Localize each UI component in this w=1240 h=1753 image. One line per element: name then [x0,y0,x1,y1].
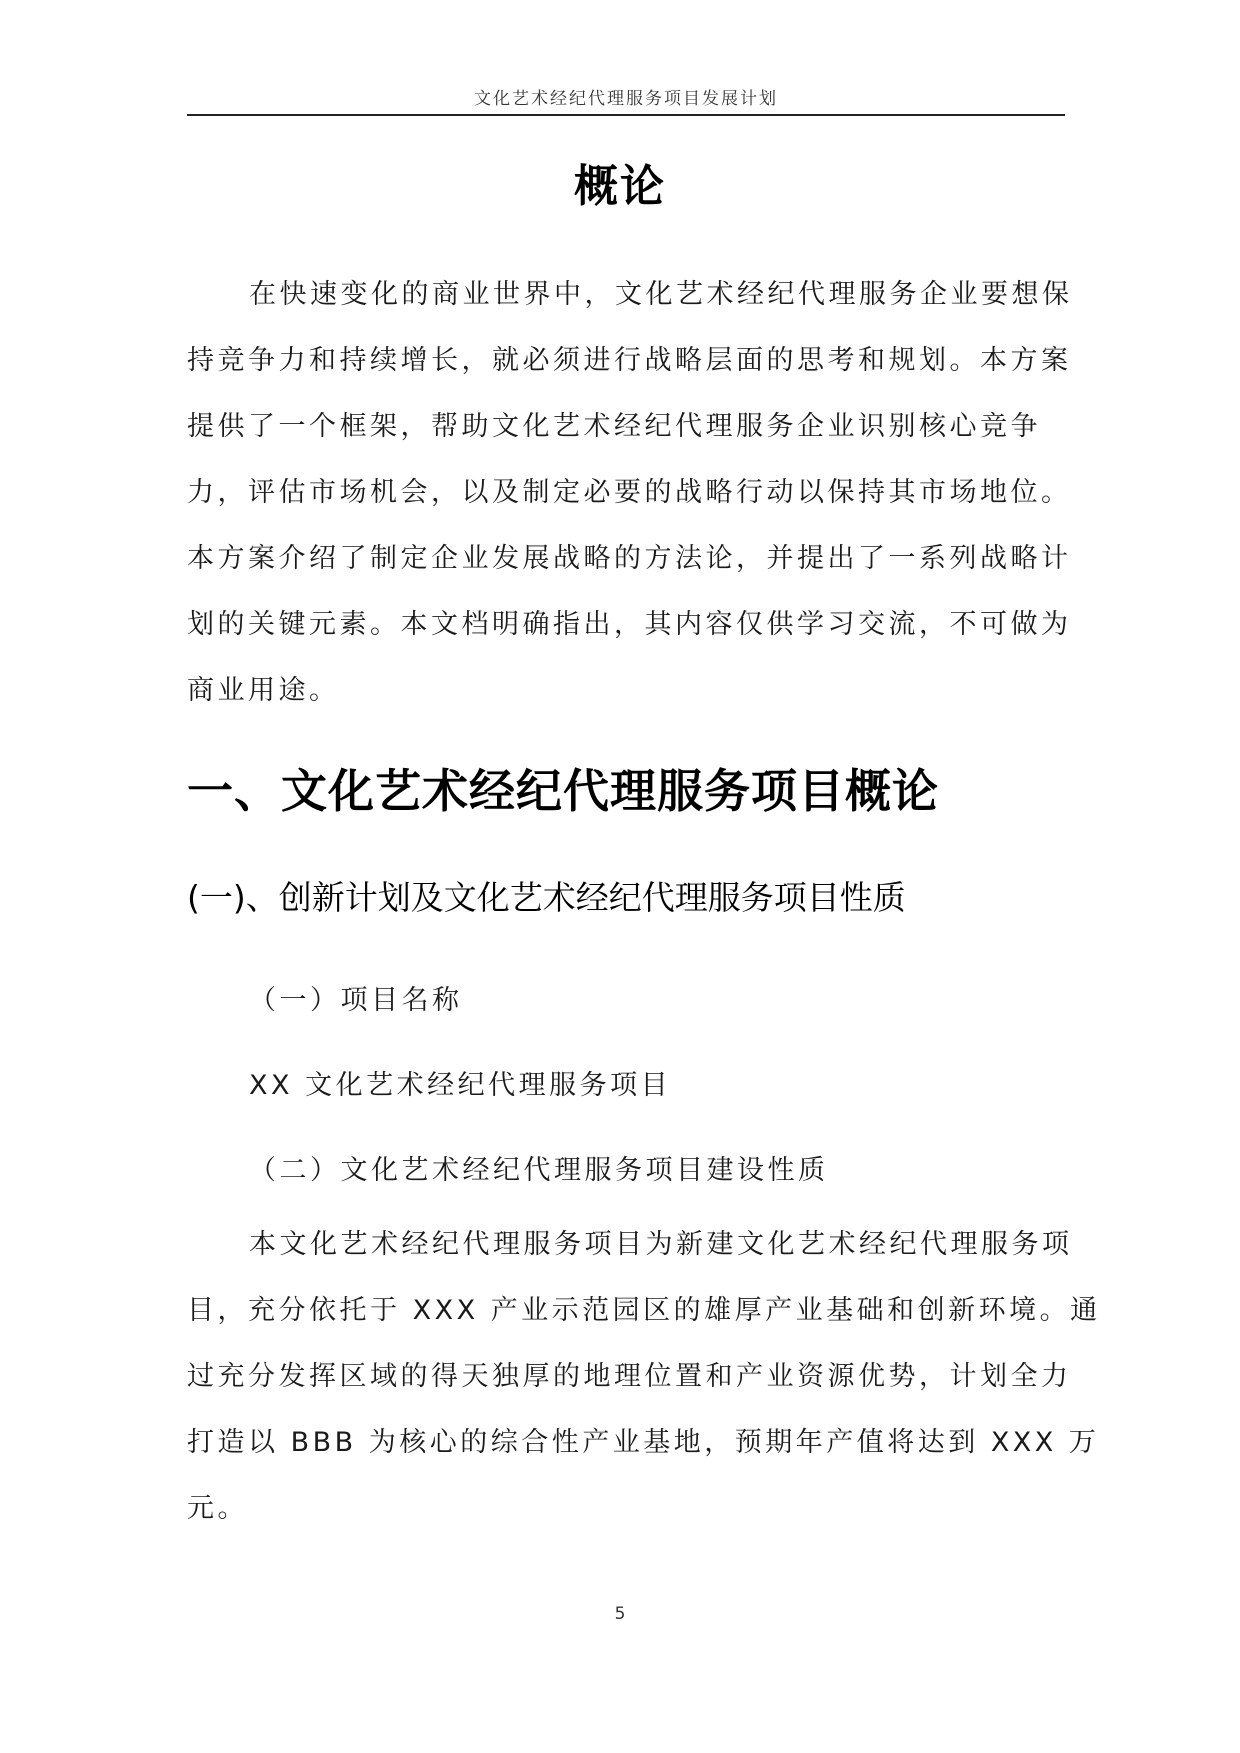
intro-paragraph: 在快速变化的商业世界中，文化艺术经纪代理服务企业要想保 持竞争力和持续增长，就必… [187,262,1065,724]
paragraph-line: 本文化艺术经纪代理服务项目为新建文化艺术经纪代理服务项 [187,1212,1065,1278]
section-heading: 一、文化艺术经纪代理服务项目概论 [187,755,939,821]
paragraph-line: 力，评估市场机会，以及制定必要的战略行动以保持其市场地位。 [187,460,1065,526]
paragraph-line: 持竞争力和持续增长，就必须进行战略层面的思考和规划。本方案 [187,328,1065,394]
paragraph-line: 本方案介绍了制定企业发展战略的方法论，并提出了一系列战略计 [187,526,1065,592]
document-page: 文化艺术经纪代理服务项目发展计划 概论 在快速变化的商业世界中，文化艺术经纪代理… [0,0,1240,1753]
subsection-heading: (一)、创新计划及文化艺术经纪代理服务项目性质 [187,872,906,919]
page-number: 5 [0,1604,1240,1624]
header-divider [187,114,1065,116]
paragraph-line: 提供了一个框架，帮助文化艺术经纪代理服务企业识别核心竞争 [187,394,1065,460]
item-label-project-name: （一）项目名称 [249,978,463,1017]
paragraph-line: 在快速变化的商业世界中，文化艺术经纪代理服务企业要想保 [187,262,1065,328]
item-value-project-name: XX 文化艺术经纪代理服务项目 [249,1063,671,1102]
paragraph-line: 划的关键元素。本文档明确指出，其内容仅供学习交流，不可做为 [187,592,1065,658]
paragraph-line: 元。 [187,1476,1065,1542]
running-header: 文化艺术经纪代理服务项目发展计划 [187,84,1065,109]
paragraph-line: 商业用途。 [187,658,1065,724]
construction-nature-paragraph: 本文化艺术经纪代理服务项目为新建文化艺术经纪代理服务项 目，充分依托于 XXX … [187,1212,1065,1542]
page-title: 概论 [0,150,1240,214]
item-label-construction-nature: （二）文化艺术经纪代理服务项目建设性质 [249,1148,829,1187]
paragraph-line: 目，充分依托于 XXX 产业示范园区的雄厚产业基础和创新环境。通 [187,1278,1065,1344]
paragraph-line: 过充分发挥区域的得天独厚的地理位置和产业资源优势，计划全力 [187,1344,1065,1410]
paragraph-line: 打造以 BBB 为核心的综合性产业基地，预期年产值将达到 XXX 万 [187,1410,1065,1476]
